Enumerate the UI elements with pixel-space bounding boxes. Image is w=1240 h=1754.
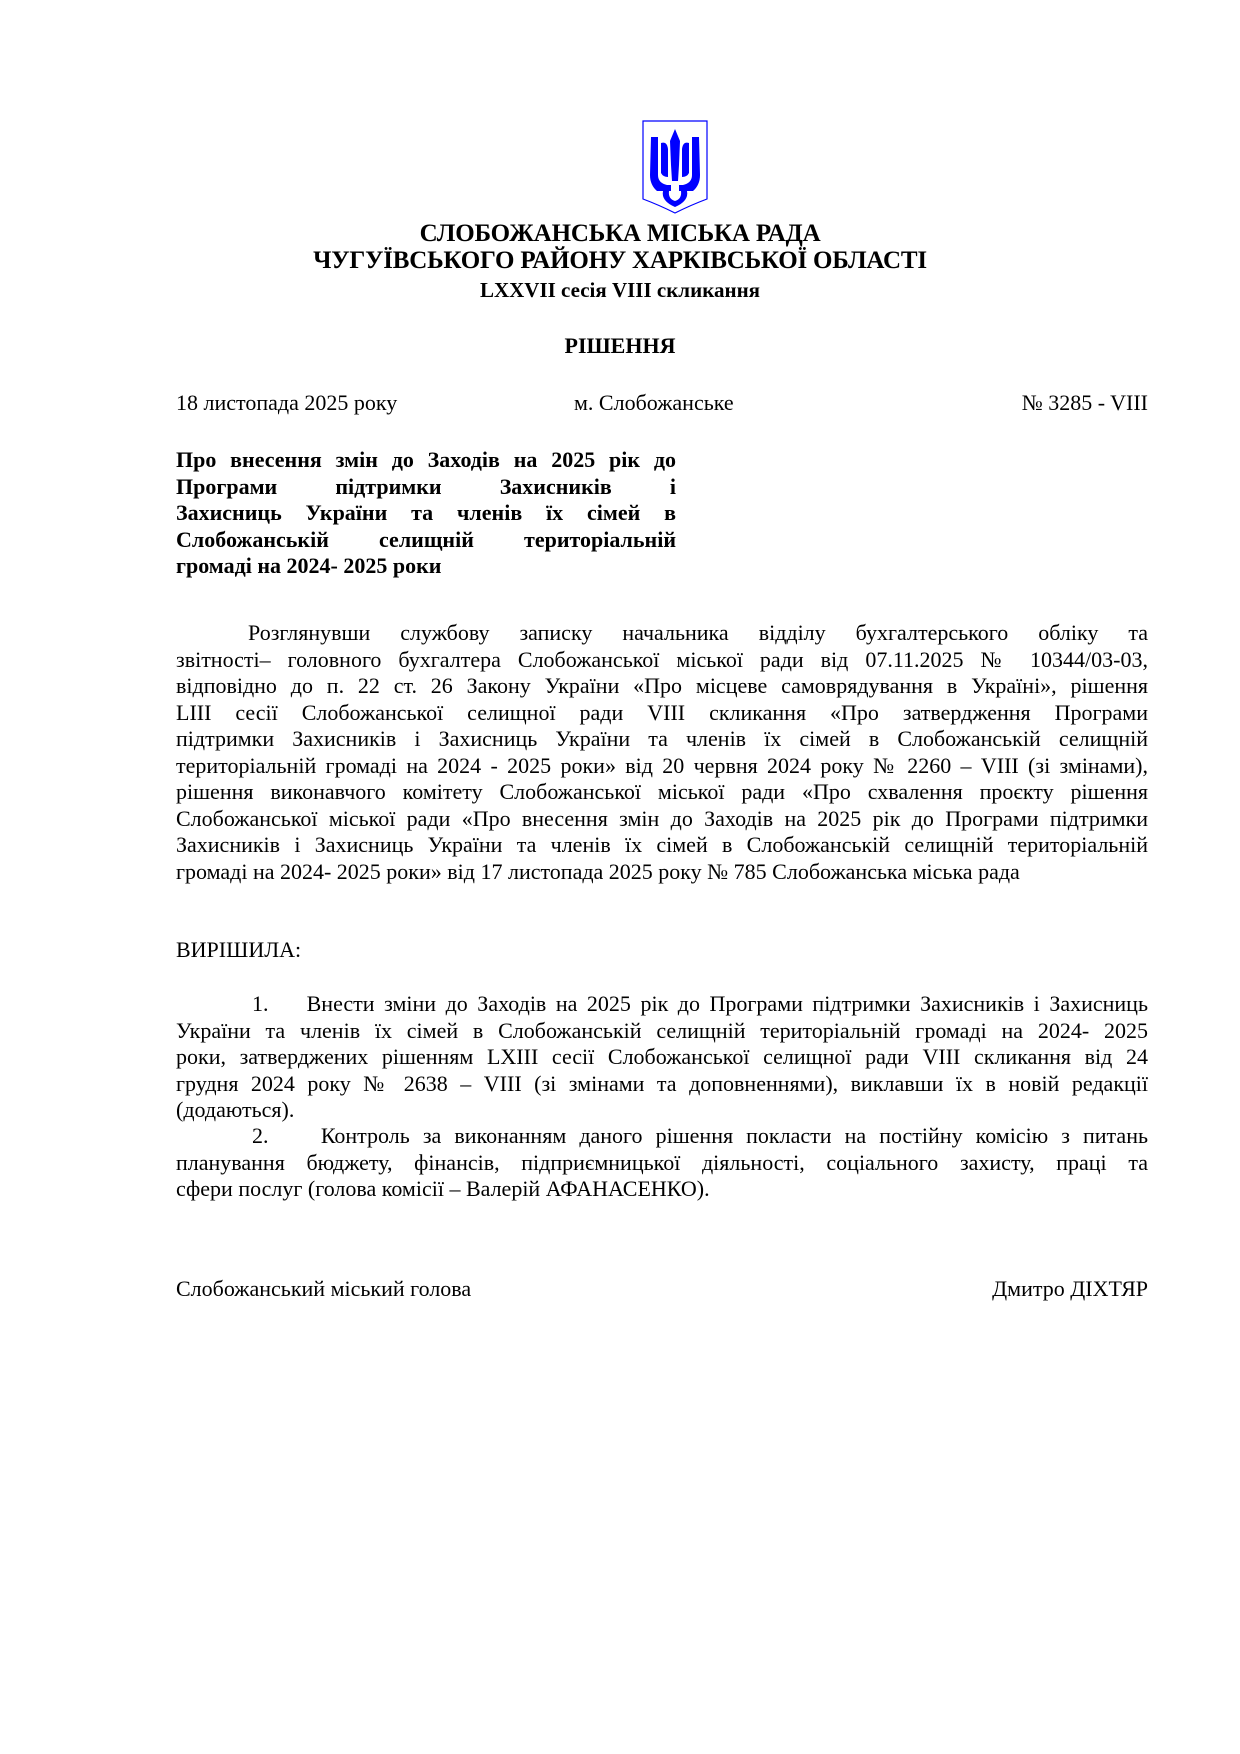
preamble-line: підтримки Захисників і Захисниць України…: [176, 726, 1148, 753]
subject-line: Слобожанській селищній територіальній: [176, 527, 676, 554]
preamble-line: Розглянувши службову записку начальника …: [176, 620, 1148, 647]
item-line: 1. Внести зміни до Заходів на 2025 рік д…: [176, 991, 1148, 1018]
signatory-position: Слобожанський міський голова: [176, 1276, 471, 1302]
preamble-line: LIII сесії Слобожанської селищної ради V…: [176, 700, 1148, 727]
item-line: грудня 2024 року № 2638 – VIII (зі зміна…: [176, 1071, 1148, 1098]
preamble-line: Захисників і Захисниць України та членів…: [176, 832, 1148, 859]
preamble-line: територіальній громаді на 2024 - 2025 ро…: [176, 753, 1148, 780]
item-line: планування бюджету, фінансів, підприємни…: [176, 1150, 1148, 1177]
document-place: м. Слобожанське: [574, 390, 734, 416]
subject-line: громаді на 2024- 2025 роки: [176, 553, 676, 580]
preamble-line: громаді на 2024- 2025 роки» від 17 листо…: [176, 859, 1148, 886]
item-line: сфери послуг (голова комісії – Валерій А…: [176, 1176, 1148, 1203]
document-date: 18 листопада 2025 року: [176, 390, 397, 416]
preamble-line: рішення виконавчого комітету Слобожанськ…: [176, 779, 1148, 806]
subject-line: Захисниць України та членів їх сімей в: [176, 500, 676, 527]
document-page: СЛОБОЖАНСЬКА МІСЬКА РАДА ЧУГУЇВСЬКОГО РА…: [0, 0, 1240, 1754]
preamble-line: Слобожанської міської ради «Про внесення…: [176, 806, 1148, 833]
org-name-line2: ЧУГУЇВСЬКОГО РАЙОНУ ХАРКІВСЬКОЇ ОБЛАСТІ: [0, 246, 1240, 275]
item-line: 2. Контроль за виконанням даного рішення…: [176, 1123, 1148, 1150]
item-line: України та членів їх сімей в Слобожанськ…: [176, 1018, 1148, 1045]
org-name-line1: СЛОБОЖАНСЬКА МІСЬКА РАДА: [0, 219, 1240, 248]
preamble-paragraph: Розглянувши службову записку начальника …: [176, 620, 1148, 885]
tryzub-coat-of-arms-icon: [641, 119, 709, 214]
resolved-label: ВИРІШИЛА:: [176, 937, 301, 963]
item-line: (додаються).: [176, 1097, 1148, 1124]
resolution-item-2: 2. Контроль за виконанням даного рішення…: [176, 1123, 1148, 1203]
preamble-line: відповідно до п. 22 ст. 26 Закону Україн…: [176, 673, 1148, 700]
session-line: LXXVII сесія VIII скликання: [0, 278, 1240, 303]
subject-line: Про внесення змін до Заходів на 2025 рік…: [176, 447, 676, 474]
document-meta-row: 18 листопада 2025 року м. Слобожанське №…: [176, 390, 1148, 420]
decision-subject: Про внесення змін до Заходів на 2025 рік…: [176, 447, 676, 580]
item-line: роки, затверджених рішенням LXIII сесії …: [176, 1044, 1148, 1071]
resolution-item-1: 1. Внести зміни до Заходів на 2025 рік д…: [176, 991, 1148, 1124]
signatory-name: Дмитро ДІХТЯР: [992, 1276, 1148, 1302]
document-number: № 3285 - VIII: [1022, 390, 1148, 416]
subject-line: Програми підтримки Захисників і: [176, 474, 676, 501]
preamble-line: звітності– головного бухгалтера Слобожан…: [176, 647, 1148, 674]
document-type-title: РІШЕННЯ: [0, 333, 1240, 359]
